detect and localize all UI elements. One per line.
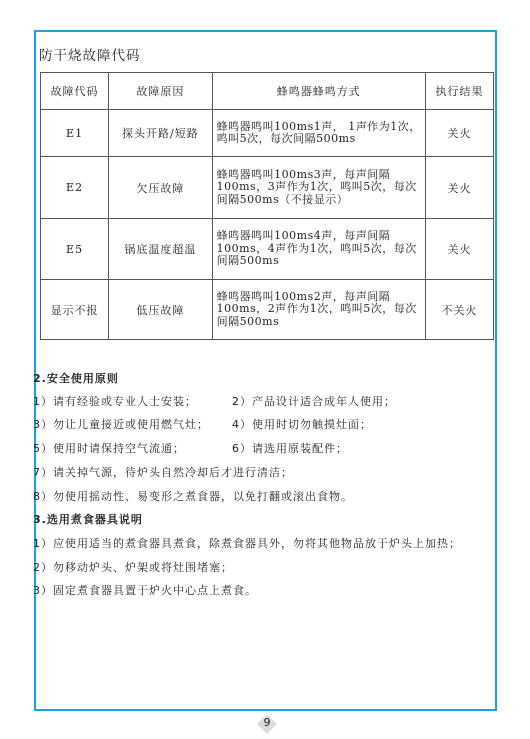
rule-item: 7）请关掉气源，待炉头自然冷却后才进行清洁； [33,464,293,480]
rule-item: 3）勿让儿童接近或使用燃气灶； [33,416,232,432]
rule-item: 8）勿使用摇动性、易变形之煮食器，以免打翻或滚出食物。 [33,488,353,504]
header-method: 蜂鸣器蜂鸣方式 [212,73,425,110]
rule-item: 1）请有经验或专业人士安装； [33,393,232,409]
header-cause: 故障原因 [109,73,213,110]
buzzer-method: 蜂鸣器鸣叫100ms3声，每声间隔100ms，3声作为1次，鸣叫5次，每次间隔5… [212,157,425,219]
table-row: E2 欠压故障 蜂鸣器鸣叫100ms3声，每声间隔100ms，3声作为1次，鸣叫… [41,157,494,219]
fault-cause: 探头开路/短路 [109,110,213,157]
cookware-item: 3）固定煮食器具置于炉火中心点上煮食。 [33,582,257,598]
fault-cause: 欠压故障 [109,157,213,219]
table-row: E1 探头开路/短路 蜂鸣器鸣叫100ms1声， 1声作为1次，鸣叫5次，每次间… [41,110,494,157]
rule-item: 5）使用时请保持空气流通； [33,440,232,456]
table-row: E5 锅底温度超温 蜂鸣器鸣叫100ms4声，每声间隔100ms，4声作为1次，… [41,219,494,280]
fault-code: E1 [41,110,109,157]
header-result: 执行结果 [425,73,493,110]
fault-cause: 锅底温度超温 [109,219,213,280]
table-header-row: 故障代码 故障原因 蜂鸣器蜂鸣方式 执行结果 [41,73,494,110]
section2-heading: 2.安全使用原则 [33,370,119,386]
fault-result: 关火 [425,157,493,219]
fault-result: 不关火 [425,280,493,340]
fault-code: E5 [41,219,109,280]
rule-item: 2）产品设计适合成年人使用； [232,393,396,409]
section2-line-1: 1）请有经验或专业人士安装；2）产品设计适合成年人使用； [33,393,396,409]
fault-code: 显示不报 [41,280,109,340]
fault-result: 关火 [425,110,493,157]
buzzer-method: 蜂鸣器鸣叫100ms2声，每声间隔100ms，2声作为1次，鸣叫5次，每次间隔5… [212,280,425,340]
fault-code: E2 [41,157,109,219]
buzzer-method: 蜂鸣器鸣叫100ms1声， 1声作为1次，鸣叫5次，每次间隔500ms [212,110,425,157]
section2-line-3: 5）使用时请保持空气流通；6）请选用原装配件； [33,440,348,456]
cookware-item: 2）勿移动炉头、炉架或将灶围堵塞； [33,559,233,575]
rule-item: 4）使用时切勿触摸灶面； [232,416,372,432]
table-row: 显示不报 低压故障 蜂鸣器鸣叫100ms2声，每声间隔100ms，2声作为1次，… [41,280,494,340]
page-number: 9 [257,716,277,729]
fault-code-table: 故障代码 故障原因 蜂鸣器蜂鸣方式 执行结果 E1 探头开路/短路 蜂鸣器鸣叫1… [40,72,494,340]
fault-cause: 低压故障 [109,280,213,340]
header-code: 故障代码 [41,73,109,110]
page-number-badge: 9 [257,714,277,734]
cookware-item: 1）应使用适当的煮食器具煮食，除煮食器具外，勿将其他物品放于炉头上加热； [33,535,461,551]
section3-heading: 3.选用煮食器具说明 [33,511,143,527]
buzzer-method: 蜂鸣器鸣叫100ms4声，每声间隔100ms，4声作为1次，鸣叫5次，每次间隔5… [212,219,425,280]
section-title: 防干烧故障代码 [39,44,141,64]
fault-result: 关火 [425,219,493,280]
rule-item: 6）请选用原装配件； [232,440,348,456]
section2-line-2: 3）勿让儿童接近或使用燃气灶；4）使用时切勿触摸灶面； [33,416,372,432]
